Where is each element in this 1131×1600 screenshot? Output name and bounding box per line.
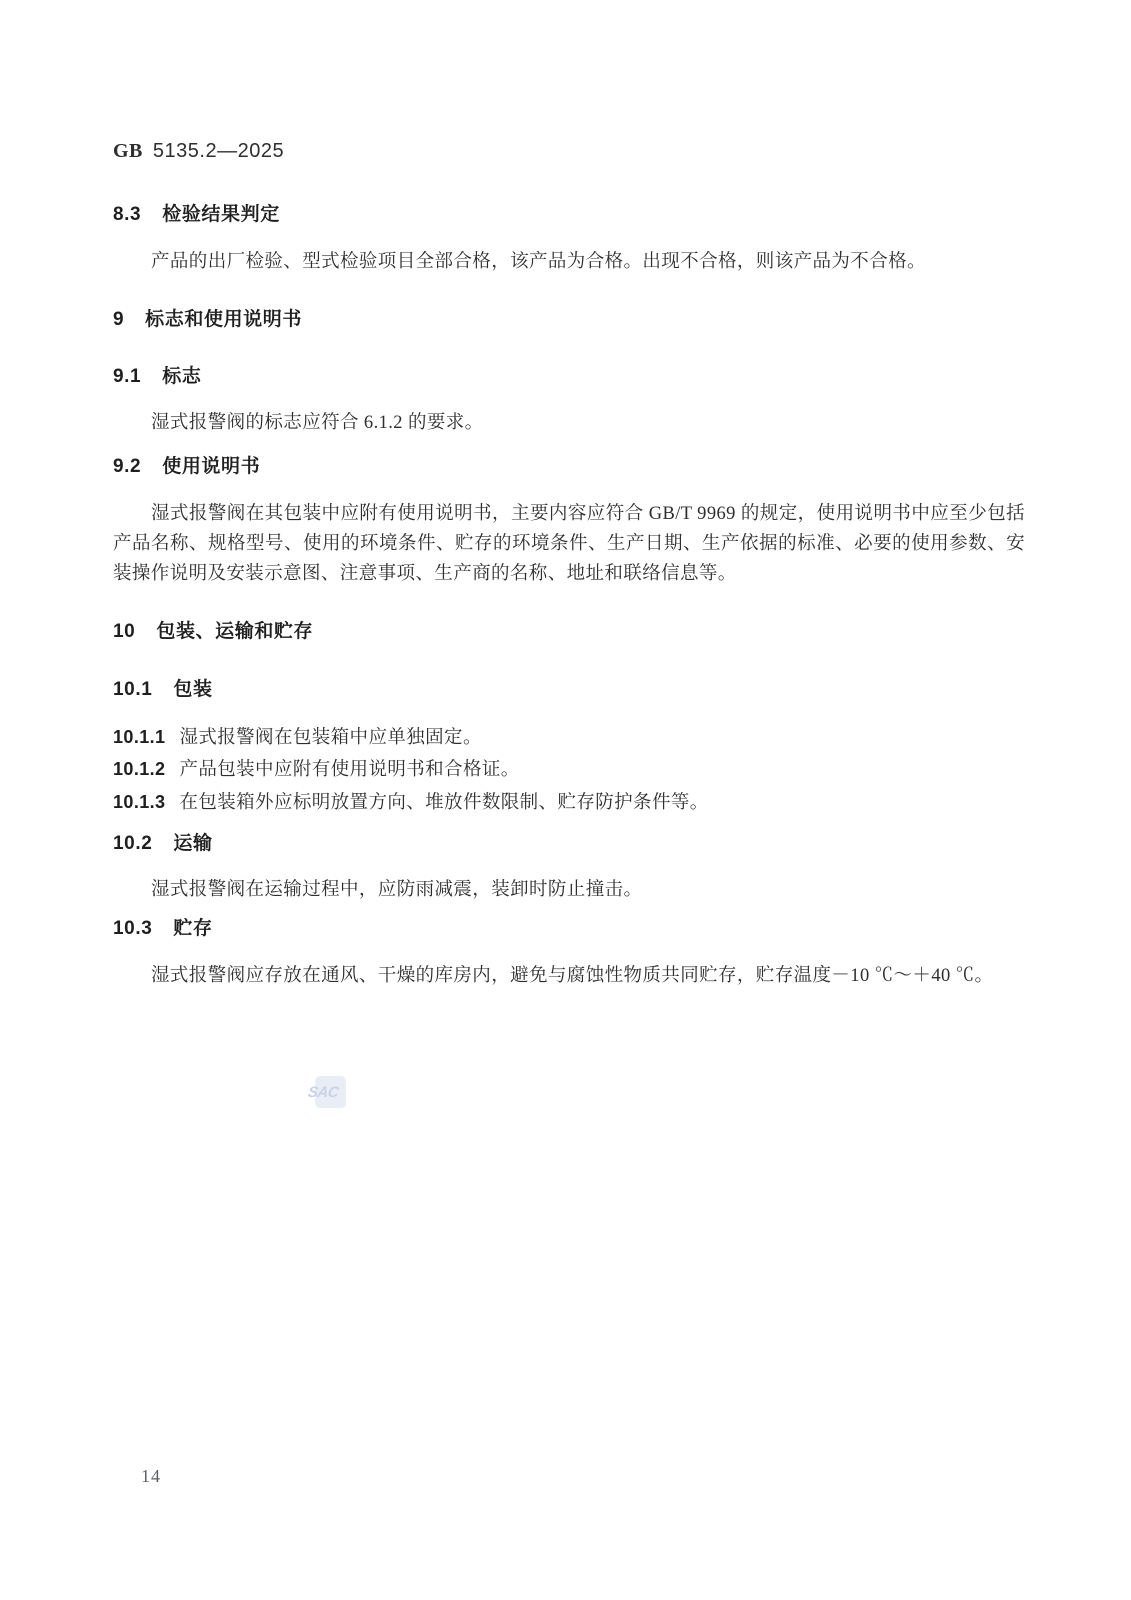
section-title: 包装 bbox=[173, 678, 212, 702]
section-title: 使用说明书 bbox=[162, 455, 260, 479]
clause-number: 10.1.3 bbox=[113, 787, 165, 817]
standard-prefix: GB bbox=[113, 140, 143, 162]
clause-10-1-3: 10.1.3 在包装箱外应标明放置方向、堆放件数限制、贮存防护条件等。 bbox=[113, 787, 1025, 818]
sac-watermark-text: SAC bbox=[307, 1084, 340, 1101]
section-title: 贮存 bbox=[173, 917, 212, 941]
sac-watermark-logo: SAC bbox=[315, 1076, 346, 1108]
section-title: 检验结果判定 bbox=[162, 203, 280, 227]
standard-code: 5135.2—2025 bbox=[153, 140, 284, 162]
section-number: 9.1 bbox=[113, 365, 141, 389]
section-title: 包装、运输和贮存 bbox=[156, 620, 313, 644]
paragraph-9-2: 湿式报警阀在其包装中应附有使用说明书，主要内容应符合 GB/T 9969 的规定… bbox=[113, 499, 1025, 589]
section-heading-8-3: 8.3 检验结果判定 bbox=[113, 203, 1025, 227]
section-heading-9: 9 标志和使用说明书 bbox=[113, 308, 1025, 332]
paragraph-8-3: 产品的出厂检验、型式检验项目全部合格，该产品为合格。出现不合格，则该产品为不合格… bbox=[113, 247, 1025, 277]
section-heading-10-1: 10.1 包装 bbox=[113, 678, 1025, 702]
paragraph-9-1: 湿式报警阀的标志应符合 6.1.2 的要求。 bbox=[113, 408, 1025, 438]
section-heading-9-1: 9.1 标志 bbox=[113, 365, 1025, 389]
section-title: 标志 bbox=[162, 365, 201, 389]
section-heading-10-3: 10.3 贮存 bbox=[113, 917, 1025, 941]
standard-document-page: GB5135.2—2025 8.3 检验结果判定 产品的出厂检验、型式检验项目全… bbox=[0, 0, 1131, 1600]
section-number: 10 bbox=[113, 620, 135, 644]
section-title: 标志和使用说明书 bbox=[145, 308, 302, 332]
standard-number-header: GB5135.2—2025 bbox=[113, 138, 1025, 164]
paragraph-10-3: 湿式报警阀应存放在通风、干燥的库房内，避免与腐蚀性物质共同贮存，贮存温度－10 … bbox=[113, 961, 1025, 991]
clause-10-1-1: 10.1.1 湿式报警阀在包装箱中应单独固定。 bbox=[113, 722, 1025, 753]
page-content: GB5135.2—2025 8.3 检验结果判定 产品的出厂检验、型式检验项目全… bbox=[113, 138, 1025, 991]
section-title: 运输 bbox=[173, 832, 212, 856]
page-number: 14 bbox=[141, 1466, 161, 1487]
clause-10-1-2: 10.1.2 产品包装中应附有使用说明书和合格证。 bbox=[113, 754, 1025, 785]
clause-number: 10.1.1 bbox=[113, 722, 165, 752]
clause-text: 湿式报警阀在包装箱中应单独固定。 bbox=[179, 723, 481, 753]
clause-number: 10.1.2 bbox=[113, 754, 165, 784]
section-number: 10.2 bbox=[113, 832, 152, 856]
paragraph-10-2: 湿式报警阀在运输过程中，应防雨减震，装卸时防止撞击。 bbox=[113, 875, 1025, 905]
section-number: 9 bbox=[113, 308, 124, 332]
section-heading-9-2: 9.2 使用说明书 bbox=[113, 455, 1025, 479]
section-heading-10: 10 包装、运输和贮存 bbox=[113, 620, 1025, 644]
section-number: 10.3 bbox=[113, 917, 152, 941]
clause-text: 在包装箱外应标明放置方向、堆放件数限制、贮存防护条件等。 bbox=[179, 788, 708, 818]
section-number: 10.1 bbox=[113, 678, 152, 702]
clause-text: 产品包装中应附有使用说明书和合格证。 bbox=[179, 755, 519, 785]
section-number: 8.3 bbox=[113, 203, 141, 227]
section-number: 9.2 bbox=[113, 455, 141, 479]
section-heading-10-2: 10.2 运输 bbox=[113, 832, 1025, 856]
